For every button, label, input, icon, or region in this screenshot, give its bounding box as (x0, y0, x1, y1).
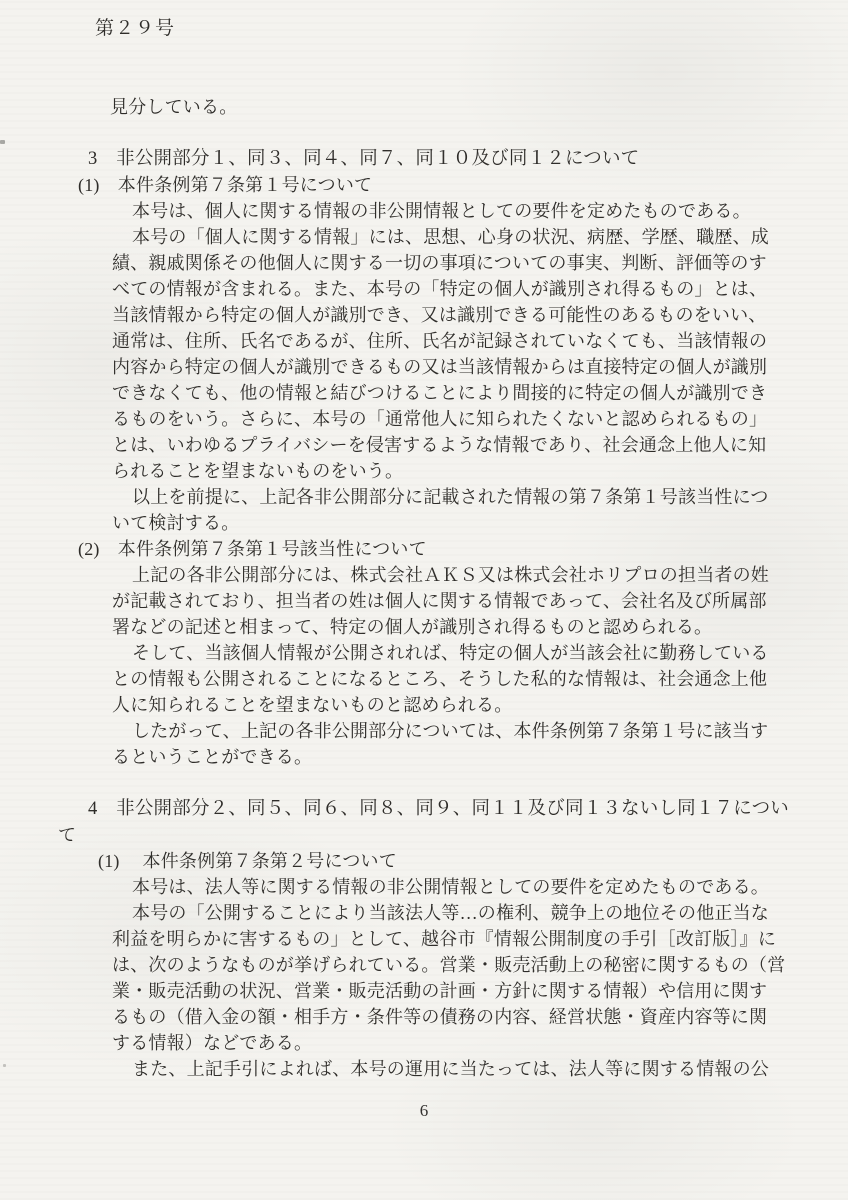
text-line: 内容から特定の個人が識別できるもの又は当該情報からは直接特定の個人が識別 (0, 354, 848, 380)
text-line: 通常は、住所、氏名であるが、住所、氏名が記録されていなくても、当該情報の (0, 328, 848, 354)
text-line: 本号の「個人に関する情報」には、思想、心身の状況、病歴、学歴、職歴、成 (0, 224, 848, 250)
text-line: 見分している。 (0, 94, 848, 120)
text-line: との情報も公開されることになるところ、そうした私的な情報は、社会通念上他 (0, 666, 848, 692)
blank-line (0, 770, 848, 796)
text-line: 績、親戚関係その他個人に関する一切の事項についての事実、判断、評価等のす (0, 250, 848, 276)
text-line: したがって、上記の各非公開部分については、本件条例第７条第１号に該当す (0, 718, 848, 744)
text-line: るもの（借入金の額・相手方・条件等の債務の内容、経営状態・資産内容等に関 (0, 1004, 848, 1030)
page-number: 6 (0, 1098, 848, 1124)
text-line: 人に知られることを望まないものと認められる。 (0, 692, 848, 718)
text-line: 以上を前提に、上記各非公開部分に記載された情報の第７条第１号該当性につ (0, 484, 848, 510)
text-line: べての情報が含まれる。また、本号の「特定の個人が識別され得るもの」とは、 (0, 276, 848, 302)
text-line: いて検討する。 (0, 510, 848, 536)
text-line: は、次のようなものが挙げられている。営業・販売活動上の秘密に関するもの（営 (0, 952, 848, 978)
text-line: 業・販売活動の状況、営業・販売活動の計画・方針に関する情報）や信用に関す (0, 978, 848, 1004)
text-line: が記載されており、担当者の姓は個人に関する情報であって、会社名及び所属部 (0, 588, 848, 614)
text-line: 本号は、法人等に関する情報の非公開情報としての要件を定めたものである。 (0, 874, 848, 900)
text-line: 上記の各非公開部分には、株式会社ＡＫＳ又は株式会社ホリプロの担当者の姓 (0, 562, 848, 588)
text-line: 利益を明らかに害するもの」として、越谷市『情報公開制度の手引［改訂版］』に (0, 926, 848, 952)
text-line: 本号は、個人に関する情報の非公開情報としての要件を定めたものである。 (0, 198, 848, 224)
text-line: (1) 本件条例第７条第２号について (0, 848, 848, 874)
text-line: 本号の「公開することにより当該法人等…の権利、競争上の地位その他正当な (0, 900, 848, 926)
text-line: 3 非公開部分１、同３、同４、同７、同１０及び同１２について (0, 146, 848, 172)
text-lines: 見分している。3 非公開部分１、同３、同４、同７、同１０及び同１２について(1)… (0, 42, 848, 1082)
scanned-document-page: 第２９号 見分している。3 非公開部分１、同３、同４、同７、同１０及び同１２につ… (0, 0, 848, 1200)
text-line: られることを望まないものをいう。 (0, 458, 848, 484)
text-line: とは、いわゆるプライバシーを侵害するような情報であり、社会通念上他人に知 (0, 432, 848, 458)
blank-line (0, 120, 848, 146)
blank-line (0, 68, 848, 94)
text-line: そして、当該個人情報が公開されれば、特定の個人が当該会社に勤務している (0, 640, 848, 666)
text-line: 当該情報から特定の個人が識別でき、又は識別できる可能性のあるものをいい、 (0, 302, 848, 328)
text-line: 署などの記述と相まって、特定の個人が識別され得るものと認められる。 (0, 614, 848, 640)
document-number: 第２９号 (0, 0, 848, 42)
text-line: て (0, 822, 848, 848)
text-line: (1) 本件条例第７条第１号について (0, 172, 848, 198)
text-line: また、上記手引によれば、本号の運用に当たっては、法人等に関する情報の公 (0, 1056, 848, 1082)
text-line: るものをいう。さらに、本号の「通常他人に知られたくないと認められるもの」 (0, 406, 848, 432)
text-line: (2) 本件条例第７条第１号該当性について (0, 536, 848, 562)
text-line: できなくても、他の情報と結びつけることにより間接的に特定の個人が識別でき (0, 380, 848, 406)
text-line: 4 非公開部分２、同５、同６、同８、同９、同１１及び同１３ないし同１７につい (0, 796, 848, 822)
text-line: るということができる。 (0, 744, 848, 770)
text-line: する情報）などである。 (0, 1030, 848, 1056)
blank-line (0, 42, 848, 68)
